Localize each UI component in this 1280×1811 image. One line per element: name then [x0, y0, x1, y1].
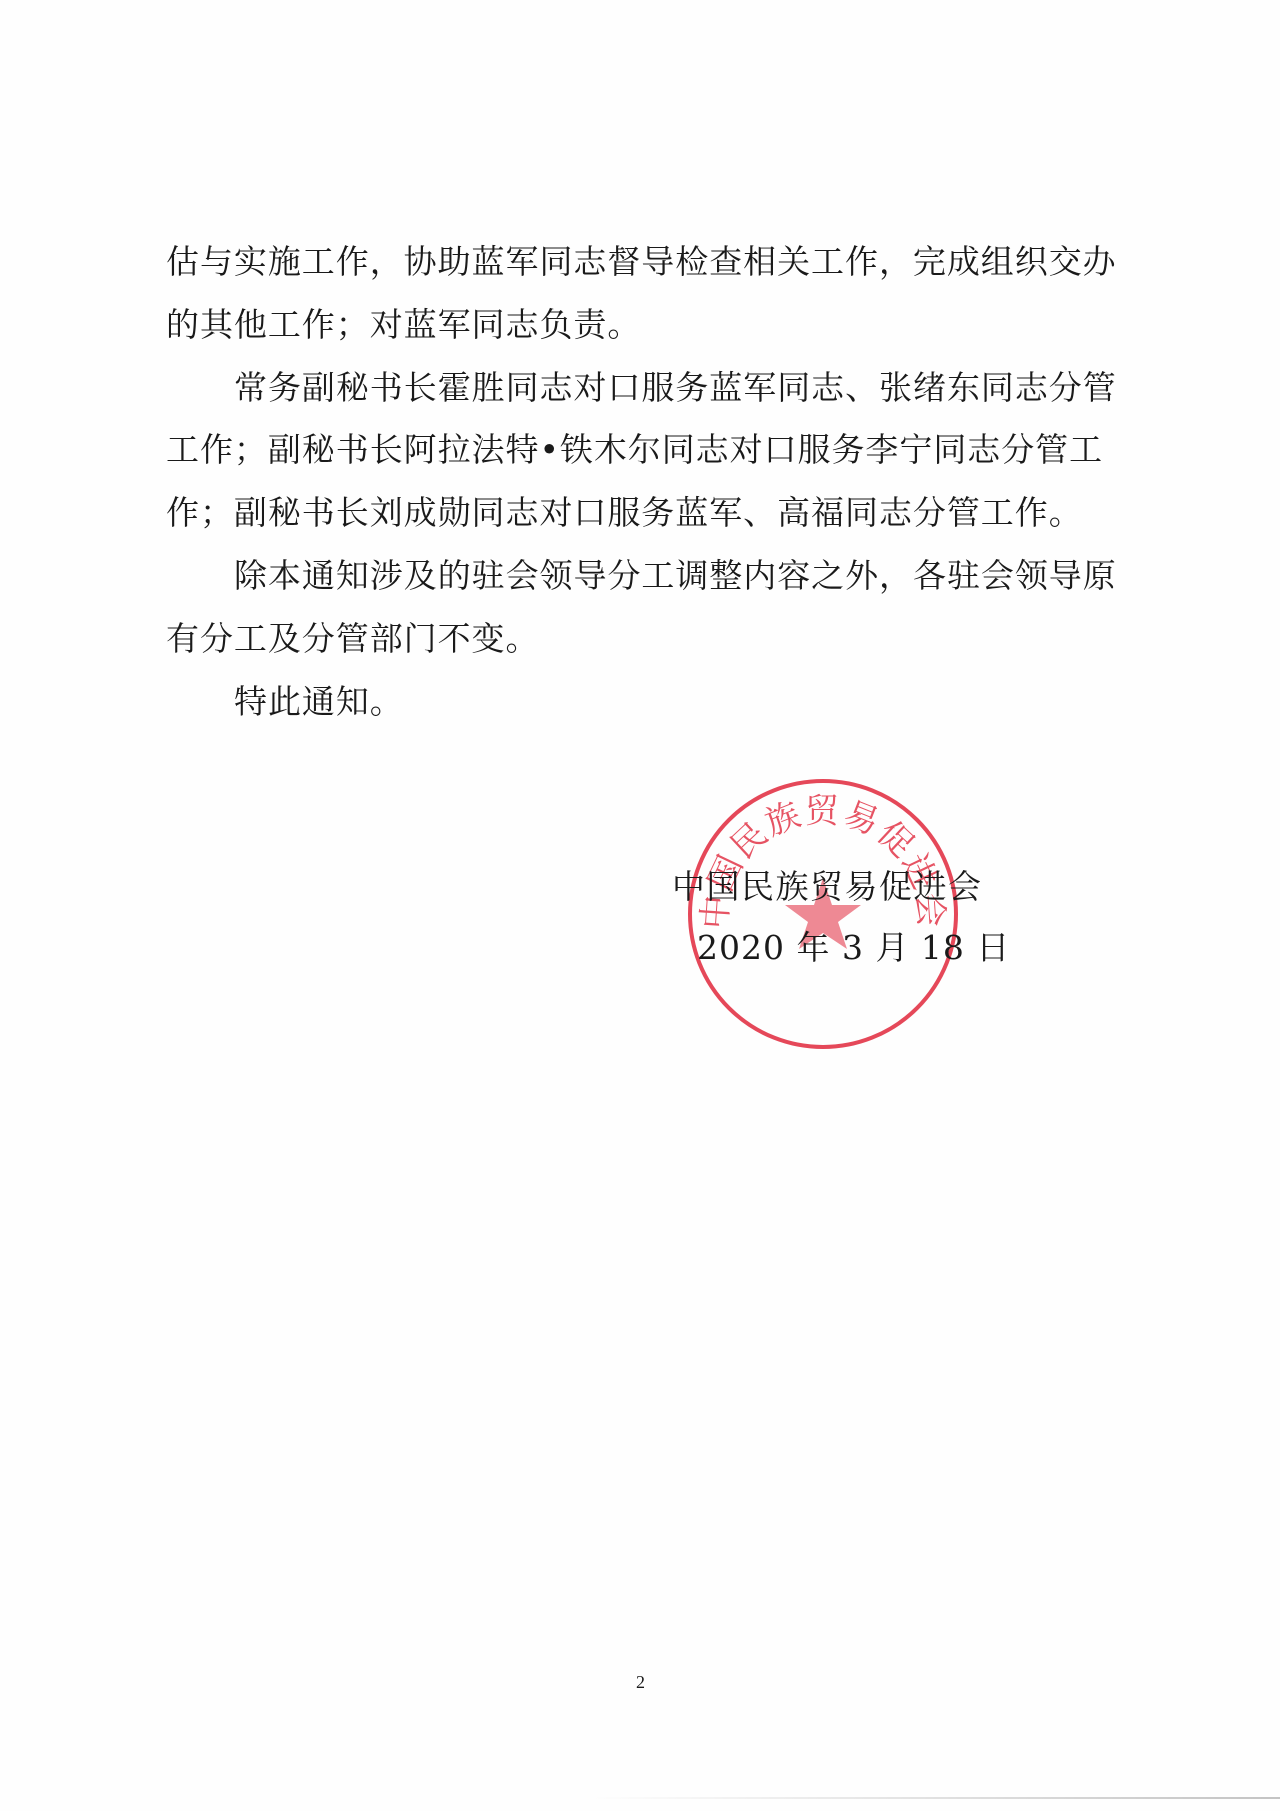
signature-date: 2020 年 3 月 18 日 — [697, 926, 1010, 970]
official-seal: 中国民族贸易促进会 — [688, 779, 958, 1049]
body-line-6: 除本通知涉及的驻会领导分工调整内容之外，各驻会领导原 — [234, 554, 1118, 598]
body-line-7: 有分工及分管部门不变。 — [166, 617, 1118, 661]
body-line-8: 特此通知。 — [234, 680, 1186, 724]
signature-organization: 中国民族贸易促进会 — [672, 865, 983, 909]
body-line-1: 估与实施工作，协助蓝军同志督导检查相关工作，完成组织交办 — [166, 240, 1118, 284]
body-line-5: 作；副秘书长刘成勋同志对口服务蓝军、高福同志分管工作。 — [166, 491, 1118, 535]
document-page: 估与实施工作，协助蓝军同志督导检查相关工作，完成组织交办 的其他工作；对蓝军同志… — [0, 0, 1280, 1811]
page-number: 2 — [636, 1670, 645, 1694]
body-line-4: 工作；副秘书长阿拉法特•铁木尔同志对口服务李宁同志分管工 — [166, 428, 1118, 472]
scan-artifact-line — [590, 1797, 1280, 1799]
body-line-3: 常务副秘书长霍胜同志对口服务蓝军同志、张绪东同志分管 — [234, 366, 1118, 410]
body-line-2: 的其他工作；对蓝军同志负责。 — [166, 303, 1118, 347]
